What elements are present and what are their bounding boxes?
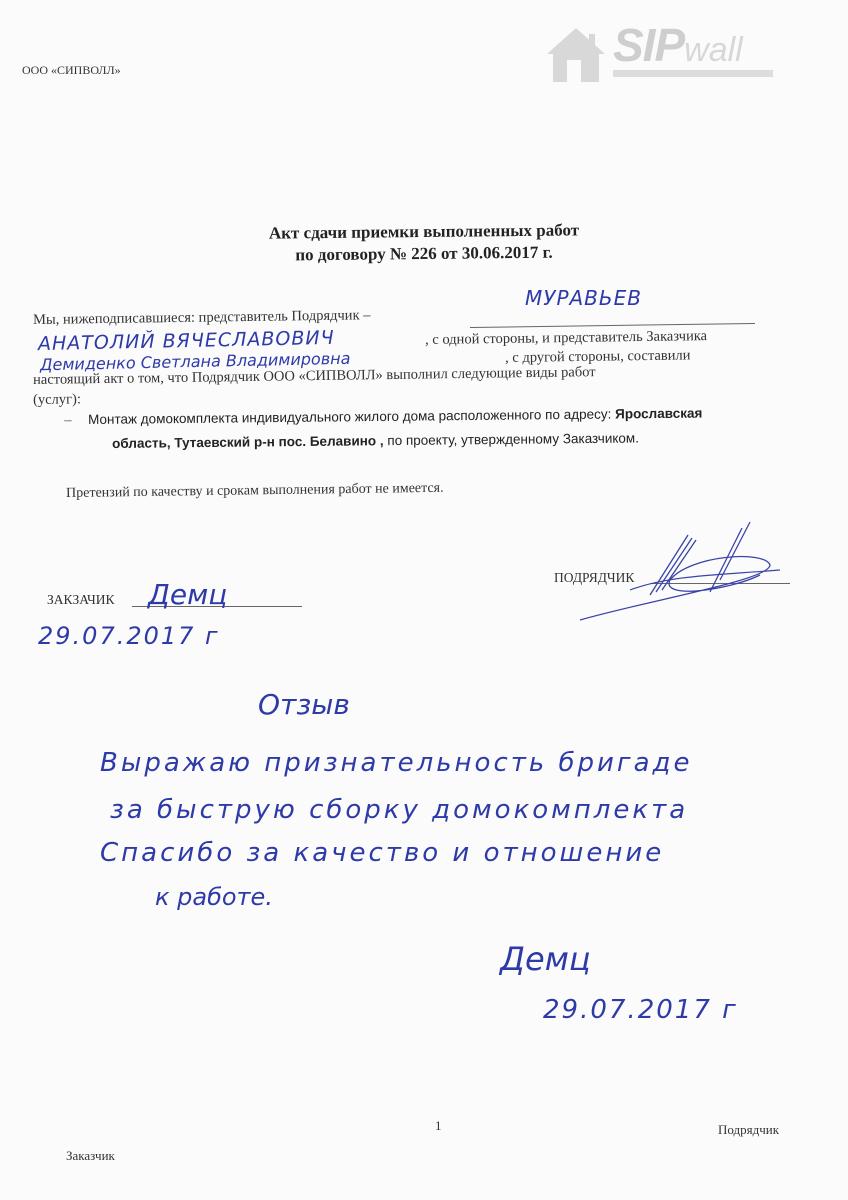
review-line4: к работе. bbox=[155, 883, 273, 911]
footer-customer-label: Заказчик bbox=[66, 1148, 115, 1164]
customer-signature: Демц bbox=[148, 578, 227, 611]
work-item-line2: область, Тутаевский р-н пос. Белавино , … bbox=[112, 430, 639, 451]
footer-contractor-label: Подрядчик bbox=[718, 1122, 779, 1138]
intro-line2: , с одной стороны, и представитель Заказ… bbox=[425, 328, 707, 349]
logo-tagline-bar bbox=[613, 70, 773, 77]
intro-line1: Мы, нижеподписавшиеся: представитель Под… bbox=[33, 307, 371, 329]
company-name: ООО «СИПВОЛЛ» bbox=[22, 63, 121, 78]
review-date: 29.07.2017 г bbox=[543, 995, 738, 1025]
list-bullet: – bbox=[64, 412, 72, 427]
contractor-rep-underline bbox=[470, 323, 755, 328]
work-item-line1: – Монтаж домокомплекта индивидуального ж… bbox=[88, 406, 702, 427]
review-line2: за быструю сборку домокомплекта bbox=[110, 795, 688, 825]
contractor-rep-surname-handwritten: МУРАВЬЕВ bbox=[525, 286, 642, 310]
company-logo: SIPwall bbox=[545, 22, 815, 84]
review-signature: Демц bbox=[500, 940, 591, 978]
customer-signature-label: ЗАКЗАЧИК bbox=[47, 592, 115, 608]
intro-line5: (услуг): bbox=[33, 391, 81, 409]
page-number: 1 bbox=[435, 1118, 442, 1134]
house-icon bbox=[545, 24, 607, 84]
claims-statement: Претензий по качеству и срокам выполнени… bbox=[66, 481, 444, 502]
review-line1: Выражаю признательность бригаде bbox=[100, 748, 692, 778]
contractor-signature bbox=[570, 520, 800, 630]
review-heading: Отзыв bbox=[258, 688, 350, 721]
review-line3: Спасибо за качество и отношение bbox=[100, 838, 664, 868]
logo-wordmark: SIPwall bbox=[613, 18, 743, 72]
customer-signature-date: 29.07.2017 г bbox=[38, 622, 220, 650]
